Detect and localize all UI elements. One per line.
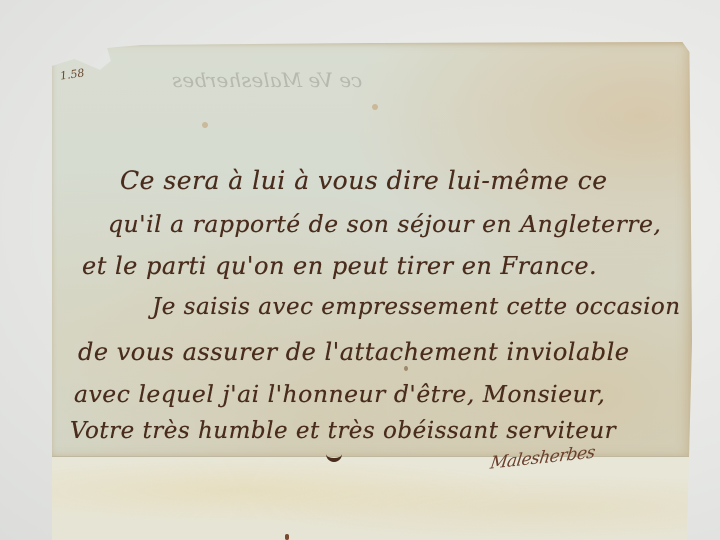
letter-line-1: Ce sera à lui à vous dire lui-même ce	[120, 166, 608, 195]
letter-line-4: Je saisis avec empressement cette occasi…	[152, 294, 681, 320]
letter-line-5: de vous assurer de l'attachement inviola…	[78, 338, 630, 366]
ink-spot	[285, 534, 289, 540]
letter-line-2: qu'il a rapporté de son séjour en Anglet…	[108, 210, 661, 238]
letter-body: Ce sera à lui à vous dire lui-même ce qu…	[52, 42, 692, 540]
photo-scene: ce Ve Malesherbes 1.58 Ce sera à lui à v…	[0, 0, 720, 540]
letter-line-6: avec lequel j'ai l'honneur d'être, Monsi…	[74, 380, 605, 408]
letter-line-3: et le parti qu'on en peut tirer en Franc…	[82, 252, 597, 280]
letter-sheet: ce Ve Malesherbes 1.58 Ce sera à lui à v…	[52, 42, 692, 540]
letter-line-7: Votre très humble et très obéissant serv…	[70, 418, 616, 444]
